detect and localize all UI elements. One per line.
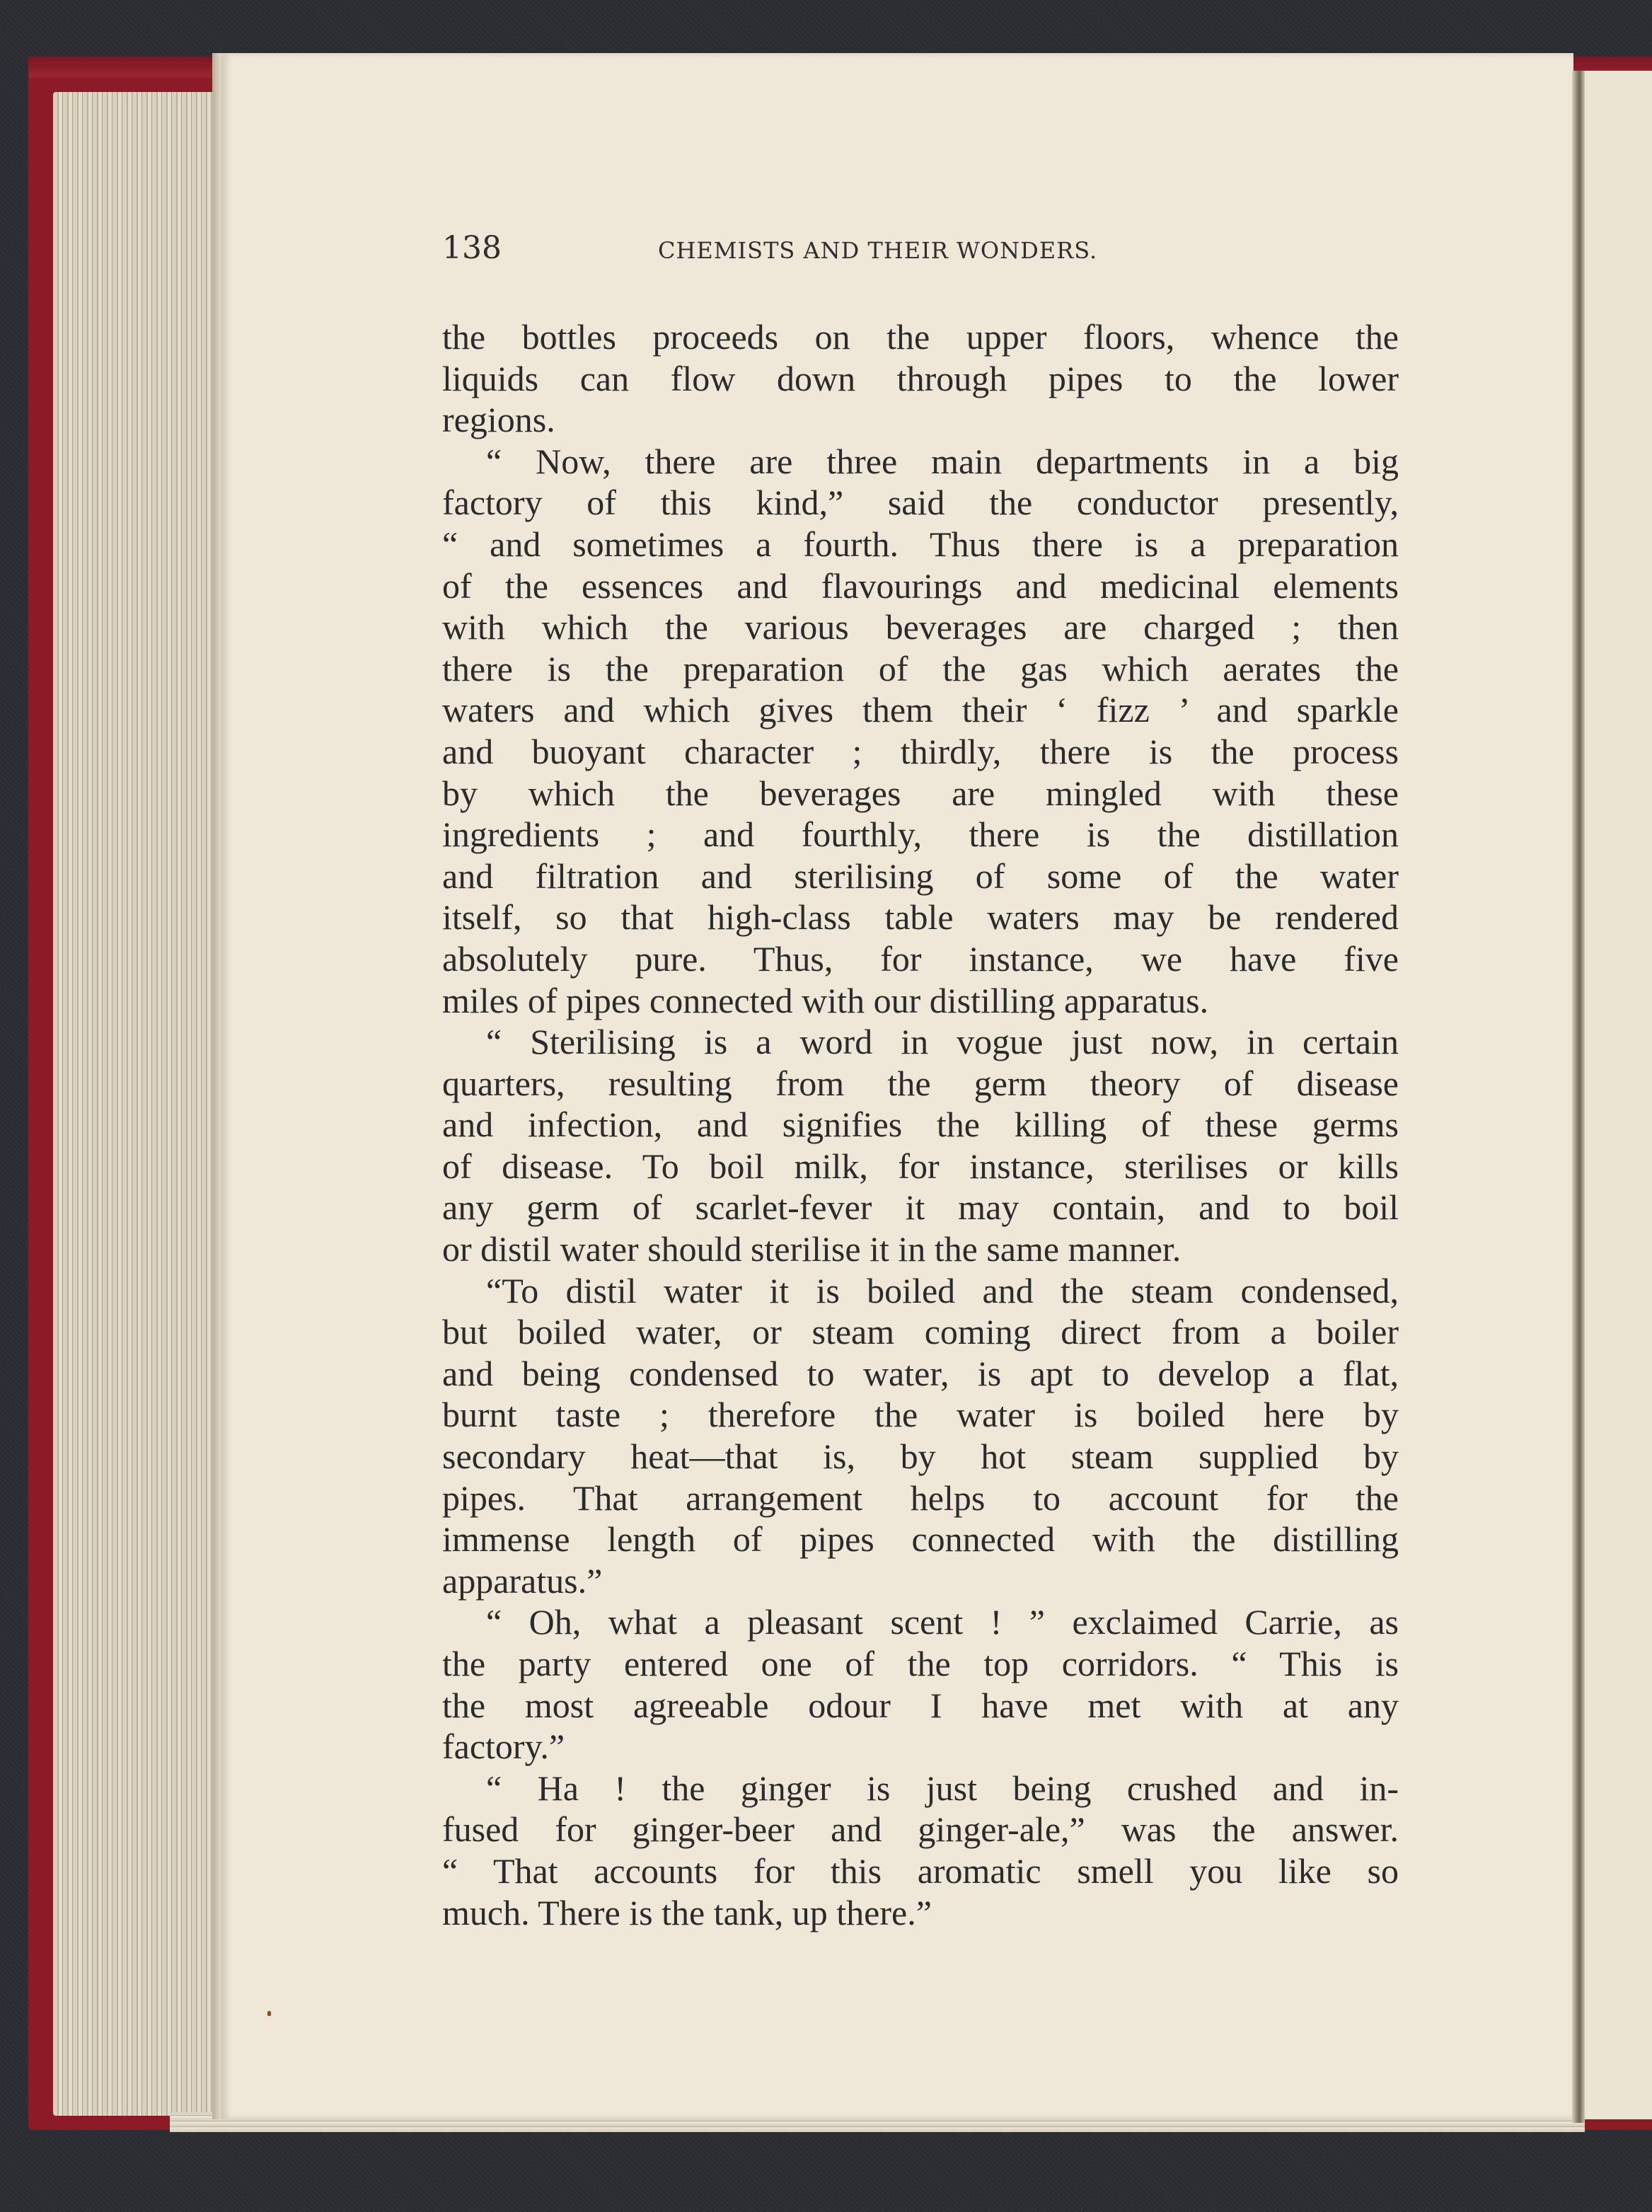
text-line: “To distil water it is boiled and the st… [442,1270,1399,1312]
text-line: much. There is the tank, up there.” [442,1892,1399,1934]
text-line: apparatus.” [442,1560,1399,1602]
text-line: and infection, and signifies the killing… [442,1104,1399,1146]
text-line: “ and sometimes a fourth. Thus there is … [442,524,1399,565]
text-line: “ Oh, what a pleasant scent ! ” exclaime… [442,1601,1399,1643]
running-title: CHEMISTS AND THEIR WONDERS. [658,237,1097,264]
text-line: but boiled water, or steam coming direct… [442,1311,1399,1353]
text-line: absolutely pure. Thus, for instance, we … [442,938,1399,980]
text-line: and being condensed to water, is apt to … [442,1353,1399,1395]
text-line: the most agreeable odour I have met with… [442,1685,1399,1727]
text-line: burnt taste ; therefore the water is boi… [442,1394,1399,1436]
text-line: of disease. To boil milk, for instance, … [442,1146,1399,1187]
text-line: or distil water should sterilise it in t… [442,1228,1399,1270]
page-number: 138 [442,230,502,266]
text-line: with which the various beverages are cha… [442,606,1399,648]
text-line: “ Sterilising is a word in vogue just no… [442,1021,1399,1063]
text-line: ingredients ; and fourthly, there is the… [442,814,1399,856]
facing-page [1585,71,1652,2119]
text-line: pipes. That arrangement helps to account… [442,1477,1399,1519]
book-gutter [1572,71,1585,2123]
text-line: and filtration and sterilising of some o… [442,856,1399,897]
text-line: liquids can flow down through pipes to t… [442,358,1399,400]
paper-speck [267,2011,271,2016]
text-line: the party entered one of the top corrido… [442,1643,1399,1685]
text-line: “ Now, there are three main departments … [442,441,1399,483]
text-line: factory.” [442,1726,1399,1768]
text-line: and buoyant character ; thirdly, there i… [442,731,1399,773]
text-line: “ Ha ! the ginger is just being crushed … [442,1768,1399,1809]
text-line: regions. [442,399,1399,441]
text-line: waters and which gives them their ‘ fizz… [442,689,1399,731]
text-line: by which the beverages are mingled with … [442,773,1399,814]
text-line: miles of pipes connected with our distil… [442,980,1399,1022]
text-line: quarters, resulting from the germ theory… [442,1063,1399,1105]
text-line: secondary heat—that is, by hot steam sup… [442,1436,1399,1477]
text-line: immense length of pipes connected with t… [442,1519,1399,1560]
text-line: fused for ginger-beer and ginger-ale,” w… [442,1809,1399,1850]
page-edges-stack [53,92,223,2116]
text-line: factory of this kind,” said the conducto… [442,482,1399,524]
text-line: the bottles proceeds on the upper floors… [442,316,1399,358]
text-line: of the essences and flavourings and medi… [442,565,1399,607]
text-line: there is the preparation of the gas whic… [442,648,1399,690]
body-text: the bottles proceeds on the upper floors… [442,316,1399,1933]
text-line: any germ of scarlet-fever it may contain… [442,1187,1399,1228]
text-line: itself, so that high-class table waters … [442,897,1399,938]
running-head: 138 CHEMISTS AND THEIR WONDERS. [442,230,1404,272]
text-line: “ That accounts for this aromatic smell … [442,1850,1399,1892]
